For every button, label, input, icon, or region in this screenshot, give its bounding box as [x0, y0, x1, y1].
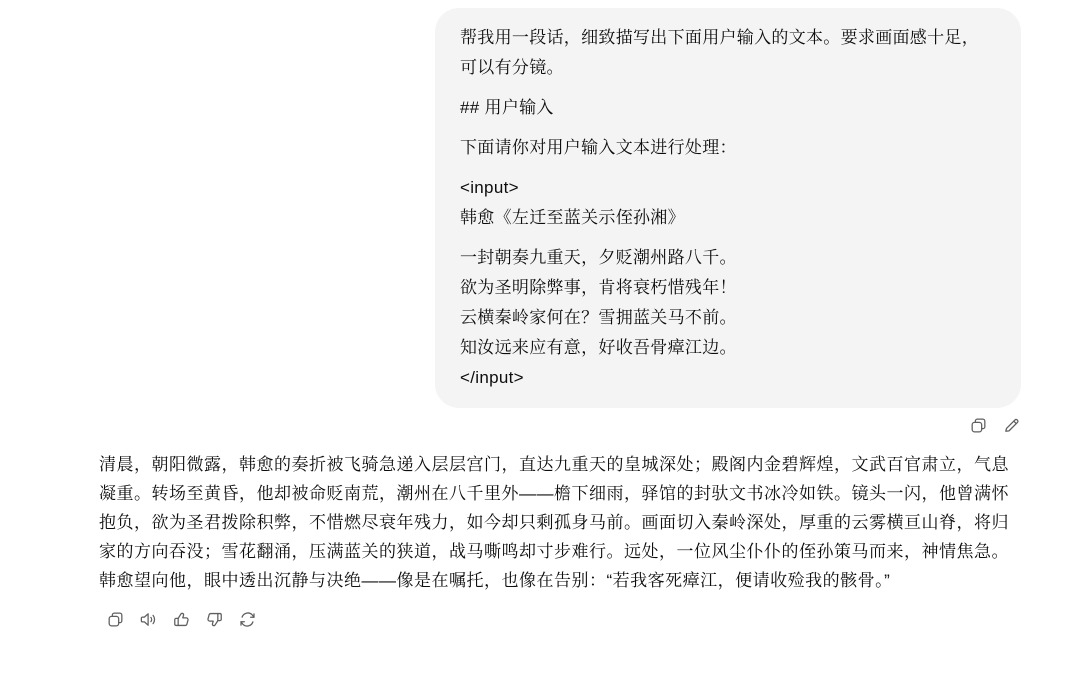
user-message: 帮我用一段话，细致描写出下面用户输入的文本。要求画面感十足，可以有分镜。 ## …: [99, 8, 1021, 438]
thumbs-up-button[interactable]: [169, 607, 194, 632]
copy-button[interactable]: [966, 413, 991, 438]
user-message-paragraph: <input> 韩愈《左迁至蓝关示侄孙湘》: [460, 173, 996, 233]
user-message-actions: [966, 413, 1024, 438]
user-message-paragraph: 下面请你对用户输入文本进行处理：: [460, 133, 996, 163]
read-aloud-button[interactable]: [136, 607, 161, 632]
assistant-message: 清晨，朝阳微露，韩愈的奏折被飞骑急递入层层宫门，直达九重天的皇城深处；殿阁内金碧…: [99, 450, 1021, 632]
assistant-response-text: 清晨，朝阳微露，韩愈的奏折被飞骑急递入层层宫门，直达九重天的皇城深处；殿阁内金碧…: [99, 450, 1021, 595]
copy-button[interactable]: [103, 607, 128, 632]
user-message-bubble: 帮我用一段话，细致描写出下面用户输入的文本。要求画面感十足，可以有分镜。 ## …: [435, 8, 1021, 408]
edit-icon: [1002, 416, 1021, 435]
user-message-paragraph: ## 用户输入: [460, 93, 996, 123]
thumbs-down-button[interactable]: [202, 607, 227, 632]
refresh-icon: [238, 610, 257, 629]
edit-button[interactable]: [999, 413, 1024, 438]
copy-icon: [969, 416, 988, 435]
speaker-icon: [139, 610, 158, 629]
thumbs-down-icon: [205, 610, 224, 629]
user-message-paragraph: 帮我用一段话，细致描写出下面用户输入的文本。要求画面感十足，可以有分镜。: [460, 23, 996, 83]
chat-thread: 帮我用一段话，细致描写出下面用户输入的文本。要求画面感十足，可以有分镜。 ## …: [99, 0, 1021, 632]
copy-icon: [106, 610, 125, 629]
regenerate-button[interactable]: [235, 607, 260, 632]
user-message-paragraph: 一封朝奏九重天，夕贬潮州路八千。 欲为圣明除弊事，肯将衰朽惜残年！ 云横秦岭家何…: [460, 243, 996, 393]
thumbs-up-icon: [172, 610, 191, 629]
assistant-message-actions: [103, 607, 1021, 632]
